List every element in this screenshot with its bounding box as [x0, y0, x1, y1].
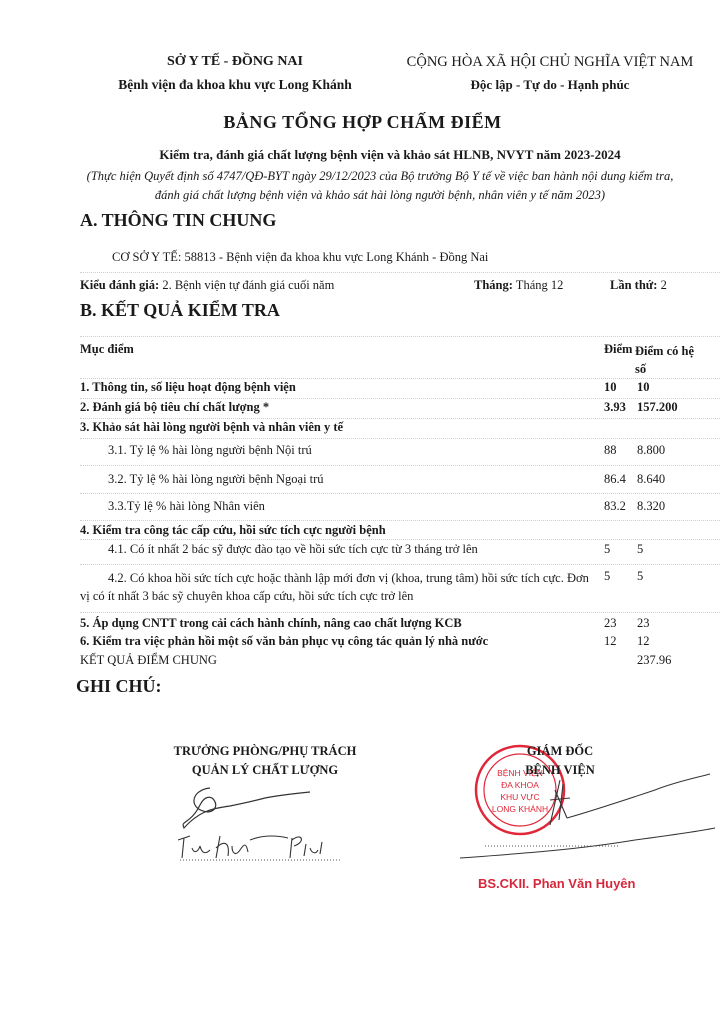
legal-basis-note: (Thực hiện Quyết định số 4747/QĐ-BYT ngà…	[60, 167, 700, 205]
hospital-name: Bệnh viện đa khoa khu vực Long Khánh	[95, 74, 375, 96]
eval-type-label: Kiểu đánh giá:	[80, 278, 159, 292]
row-label: 6. Kiểm tra việc phản hồi một số văn bản…	[80, 634, 488, 649]
row-label: 4. Kiểm tra công tác cấp cứu, hồi sức tí…	[80, 523, 386, 538]
row-weighted-score: 10	[637, 380, 650, 395]
row-weighted-score: 8.320	[637, 499, 665, 514]
row-weighted-score: 23	[637, 616, 650, 631]
row-label: 3.1. Tỷ lệ % hài lòng người bệnh Nội trú	[108, 443, 312, 458]
quality-manager-title-line1: TRƯỞNG PHÒNG/PHỤ TRÁCH	[150, 742, 380, 761]
row-score: 88	[604, 443, 617, 458]
divider	[80, 378, 720, 379]
document-title: BẢNG TỔNG HỢP CHẤM ĐIỂM	[0, 112, 725, 133]
divider	[80, 612, 720, 613]
row-score: 10	[604, 380, 617, 395]
row-score: 5	[604, 569, 610, 584]
total-label: KẾT QUẢ ĐIỂM CHUNG	[80, 653, 217, 668]
row-label-line1: 4.2. Có khoa hồi sức tích cực hoặc thành…	[80, 571, 589, 585]
column-header-weighted-line1: Điểm có hệ	[635, 344, 694, 358]
department-name: SỞ Y TẾ - ĐỒNG NAI	[95, 50, 375, 74]
month-field: Tháng: Tháng 12	[474, 278, 563, 293]
row-label: 3.3.Tỷ lệ % hài lòng Nhân viên	[108, 499, 265, 514]
attempt-field: Lần thứ: 2	[610, 278, 667, 293]
row-label: 3. Khảo sát hài lòng người bệnh và nhân …	[80, 420, 343, 435]
column-header-weighted-line2: số	[635, 362, 646, 376]
handwritten-signature-icon	[170, 780, 360, 870]
row-label: 3.2. Tỷ lệ % hài lòng người bệnh Ngoại t…	[108, 472, 324, 487]
total-value: 237.96	[637, 653, 671, 668]
legal-basis-line-1: (Thực hiện Quyết định số 4747/QĐ-BYT ngà…	[60, 167, 700, 186]
legal-basis-line-2: đánh giá chất lượng bệnh viện và khảo sá…	[60, 186, 700, 205]
quality-manager-title-line2: QUẢN LÝ CHẤT LƯỢNG	[150, 761, 380, 780]
section-a-heading: A. THÔNG TIN CHUNG	[80, 210, 276, 231]
director-name: BS.CKII. Phan Văn Huyên	[478, 876, 635, 891]
row-weighted-score: 8.800	[637, 443, 665, 458]
divider	[80, 438, 720, 439]
row-label-line2: vị có ít nhất 3 bác sỹ chuyên khoa cấp c…	[80, 589, 413, 603]
row-label: 4.2. Có khoa hồi sức tích cực hoặc thành…	[80, 569, 600, 605]
facility-info: CƠ SỞ Y TẾ: 58813 - Bệnh viện đa khoa kh…	[112, 250, 488, 265]
issuer-block: SỞ Y TẾ - ĐỒNG NAI Bệnh viện đa khoa khu…	[95, 50, 375, 96]
attempt-value: 2	[657, 278, 666, 292]
quality-manager-signature-block: TRƯỞNG PHÒNG/PHỤ TRÁCH QUẢN LÝ CHẤT LƯỢN…	[150, 742, 380, 780]
month-label: Tháng:	[474, 278, 513, 292]
notes-heading: GHI CHÚ:	[76, 676, 162, 697]
row-weighted-score: 157.200	[637, 400, 678, 415]
column-header-score: Điểm	[604, 342, 632, 357]
divider	[80, 539, 720, 540]
row-score: 23	[604, 616, 617, 631]
month-value: Tháng 12	[513, 278, 563, 292]
divider	[80, 564, 720, 565]
divider	[80, 398, 720, 399]
row-weighted-score: 8.640	[637, 472, 665, 487]
row-weighted-score: 12	[637, 634, 650, 649]
attempt-label: Lần thứ:	[610, 278, 657, 292]
row-score: 5	[604, 542, 610, 557]
row-label: 5. Áp dụng CNTT trong cải cách hành chín…	[80, 616, 462, 631]
row-score: 12	[604, 634, 617, 649]
row-weighted-score: 5	[637, 542, 643, 557]
row-score: 3.93	[604, 400, 626, 415]
row-score: 83.2	[604, 499, 626, 514]
row-label: 1. Thông tin, số liệu hoạt động bệnh việ…	[80, 380, 296, 395]
director-title-line1: GIÁM ĐỐC	[500, 742, 620, 761]
column-header-weighted: Điểm có hệ số	[635, 342, 694, 378]
column-header-item: Mục điểm	[80, 342, 134, 357]
national-motto: Độc lập - Tự do - Hạnh phúc	[385, 74, 715, 96]
divider	[80, 418, 720, 419]
divider	[80, 272, 720, 273]
eval-type-value: 2. Bệnh viện tự đánh giá cuối năm	[159, 278, 334, 292]
row-label: 2. Đánh giá bộ tiêu chí chất lượng *	[80, 400, 269, 415]
section-b-heading: B. KẾT QUẢ KIỂM TRA	[80, 300, 280, 321]
director-signature-icon	[455, 770, 715, 860]
evaluation-info-row: Kiểu đánh giá: 2. Bệnh viện tự đánh giá …	[80, 278, 720, 293]
divider	[80, 465, 720, 466]
row-weighted-score: 5	[637, 569, 643, 584]
national-header: CỘNG HÒA XÃ HỘI CHỦ NGHĨA VIỆT NAM Độc l…	[385, 50, 715, 96]
row-label: 4.1. Có ít nhất 2 bác sỹ được đào tạo về…	[108, 542, 478, 557]
nation-name: CỘNG HÒA XÃ HỘI CHỦ NGHĨA VIỆT NAM	[385, 50, 715, 74]
document-subtitle: Kiểm tra, đánh giá chất lượng bệnh viện …	[80, 147, 700, 163]
divider	[80, 520, 720, 521]
divider	[80, 493, 720, 494]
row-score: 86.4	[604, 472, 626, 487]
divider	[80, 336, 720, 337]
